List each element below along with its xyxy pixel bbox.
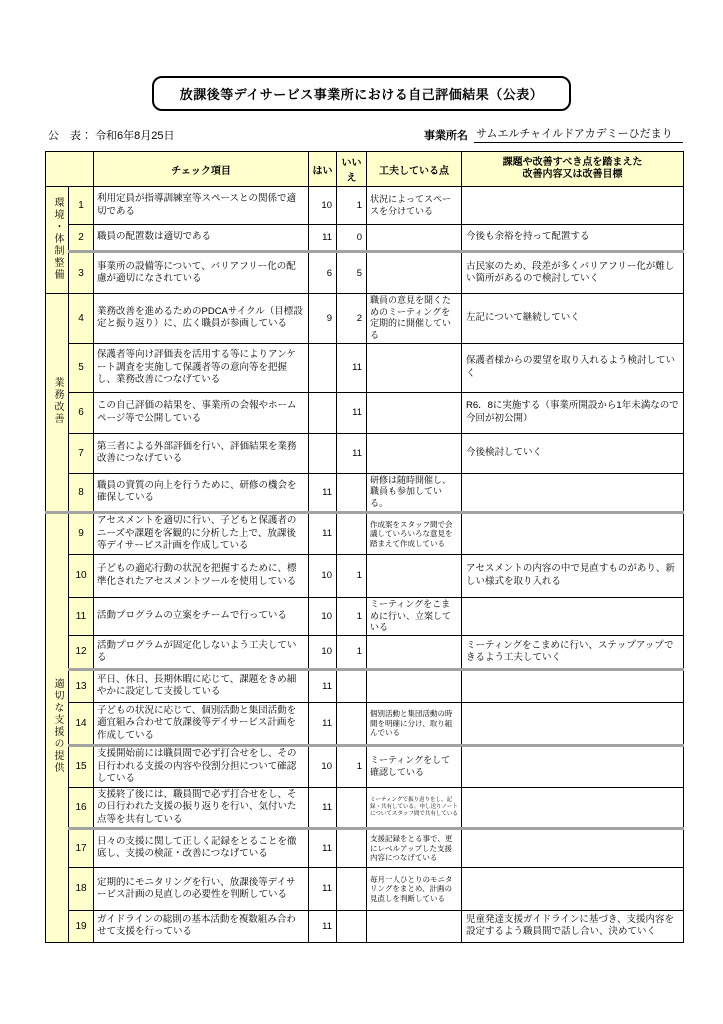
row-number-cell: 4: [69, 294, 94, 344]
no-count-cell: 0: [337, 225, 367, 252]
row-number-cell: 19: [69, 910, 94, 942]
table-row: 7第三者による外部評価を行い、評価結果を業務改善につなげている11今後検討してい…: [46, 433, 684, 473]
no-count-cell: [337, 669, 367, 702]
check-item-cell: 日々の支援に関して正しく記録をとることを徹底し、支援の検証・改善につなげている: [94, 828, 309, 867]
document-page: 放課後等デイサービス事業所における自己評価結果（公表） 公 表： 令和6年8月2…: [0, 0, 723, 1024]
yes-count-cell: 11: [309, 225, 337, 252]
header-yes: はい: [309, 152, 337, 187]
header-improvement-line1: 課題や改善すべき点を踏まえた: [464, 157, 681, 170]
no-count-cell: [337, 473, 367, 512]
yes-count-cell: 11: [309, 867, 337, 910]
devised-point-cell: [367, 433, 462, 473]
table-row: 6この自己評価の結果を、事業所の会報やホームページ等で公開している11R6．8に…: [46, 392, 684, 433]
row-number-cell: 10: [69, 554, 94, 597]
improvement-cell: 今後検討していく: [462, 433, 684, 473]
yes-count-cell: 11: [309, 512, 337, 554]
category-cell: 業務改善: [46, 294, 69, 513]
yes-count-cell: 11: [309, 669, 337, 702]
table-row: 3事業所の設備等について、バリアフリー化の配慮が適切になされている65古民家のた…: [46, 252, 684, 294]
no-count-cell: [337, 867, 367, 910]
check-item-cell: アセスメントを適切に行い、子どもと保護者のニーズや課題を客観的に分析した上で、放…: [94, 512, 309, 554]
yes-count-cell: [309, 433, 337, 473]
devised-point-cell: [367, 554, 462, 597]
improvement-cell: [462, 187, 684, 225]
check-item-cell: この自己評価の結果を、事業所の会報やホームページ等で公開している: [94, 392, 309, 433]
devised-point-cell: 状況によってスペースを分けている: [367, 187, 462, 225]
devised-point-cell: ミーティングをこまめに行い、立案している: [367, 597, 462, 635]
devised-point-cell: 職員の意見を聞くためのミーティングを定期的に開催している: [367, 294, 462, 344]
check-item-cell: 定期的にモニタリングを行い、放課後等デイサービス計画の見直しの必要性を判断してい…: [94, 867, 309, 910]
check-item-cell: 職員の資質の向上を行うために、研修の機会を確保している: [94, 473, 309, 512]
table-row: 2職員の配置数は適切である110今後も余裕を持って配置する: [46, 225, 684, 252]
check-item-cell: 活動プログラムの立案をチームで行っている: [94, 597, 309, 635]
check-item-cell: 子どもの適応行動の状況を把握するために、標準化されたアセスメントツールを使用して…: [94, 554, 309, 597]
evaluation-table: チェック項目 はい いいえ 工夫している点 課題や改善すべき点を踏まえた 改善内…: [45, 151, 684, 943]
no-count-cell: [337, 910, 367, 942]
no-count-cell: 1: [337, 745, 367, 787]
row-number-cell: 1: [69, 187, 94, 225]
category-cell: 環境・体制整備: [46, 187, 69, 294]
row-number-cell: 8: [69, 473, 94, 512]
no-count-cell: 1: [337, 187, 367, 225]
check-item-cell: 事業所の設備等について、バリアフリー化の配慮が適切になされている: [94, 252, 309, 294]
table-row: 18定期的にモニタリングを行い、放課後等デイサービス計画の見直しの必要性を判断し…: [46, 867, 684, 910]
row-number-cell: 11: [69, 597, 94, 635]
row-number-cell: 16: [69, 787, 94, 828]
no-count-cell: 11: [337, 433, 367, 473]
row-number-cell: 12: [69, 635, 94, 669]
improvement-cell: 古民家のため、段差が多くバリアフリー化が難しい箇所があるので検討していく: [462, 252, 684, 294]
yes-count-cell: 11: [309, 910, 337, 942]
table-row: 15支援開始前には職員間で必ず打合せをし、その日行われる支援の内容や役割分担につ…: [46, 745, 684, 787]
improvement-cell: [462, 597, 684, 635]
no-count-cell: [337, 787, 367, 828]
table-row: 5保護者等向け評価表を活用する等によりアンケート調査を実施して保護者等の意向等を…: [46, 343, 684, 392]
check-item-cell: 業務改善を進めるためのPDCAサイクル（目標設定と振り返り）に、広く職員が参画し…: [94, 294, 309, 344]
devised-point-cell: 研修は随時開催し、職員も参加している。: [367, 473, 462, 512]
devised-point-cell: ミーティングをして確認している: [367, 745, 462, 787]
row-number-cell: 17: [69, 828, 94, 867]
no-count-cell: 1: [337, 635, 367, 669]
table-row: 19ガイドラインの総則の基本活動を複数組み合わせて支援を行っている11児童発達支…: [46, 910, 684, 942]
check-item-cell: 子どもの状況に応じて、個別活動と集団活動を適宜組み合わせて放課後等デイサービス計…: [94, 702, 309, 745]
header-no: いいえ: [337, 152, 367, 187]
check-item-cell: 保護者等向け評価表を活用する等によりアンケート調査を実施して保護者等の意向等を把…: [94, 343, 309, 392]
category-cell: 適切な支援の提供: [46, 512, 69, 942]
no-count-cell: 11: [337, 343, 367, 392]
table-row: 17日々の支援に関して正しく記録をとることを徹底し、支援の検証・改善につなげてい…: [46, 828, 684, 867]
devised-point-cell: [367, 252, 462, 294]
table-row: 適切な支援の提供9アセスメントを適切に行い、子どもと保護者のニーズや課題を客観的…: [46, 512, 684, 554]
devised-point-cell: ミーティングで振り返りをし、記録・共有している。申し送りノートについてスタッフ間…: [367, 787, 462, 828]
devised-point-cell: [367, 343, 462, 392]
check-item-cell: 第三者による外部評価を行い、評価結果を業務改善につなげている: [94, 433, 309, 473]
devised-point-cell: 毎月一人ひとりのモニタリングをまとめ、計画の見直しを判断している: [367, 867, 462, 910]
title-box: 放課後等デイサービス事業所における自己評価結果（公表）: [152, 76, 572, 111]
check-item-cell: 支援終了後には、職員間で必ず打合せをし、その日行われた支援の振り返りを行い、気付…: [94, 787, 309, 828]
yes-count-cell: 9: [309, 294, 337, 344]
header-corner-cell: [46, 152, 94, 187]
improvement-cell: ミーティングをこまめに行い、ステップアップできるよう工夫していく: [462, 635, 684, 669]
improvement-cell: [462, 787, 684, 828]
check-item-cell: 平日、休日、長期休暇に応じて、課題をきめ細やかに設定して支援している: [94, 669, 309, 702]
yes-count-cell: 11: [309, 828, 337, 867]
table-row: 環境・体制整備1利用定員が指導訓練室等スペースとの関係で適切である101状況によ…: [46, 187, 684, 225]
office-name-label: 事業所名: [424, 127, 468, 143]
improvement-cell: 今後も余裕を持って配置する: [462, 225, 684, 252]
table-row: 8職員の資質の向上を行うために、研修の機会を確保している11研修は随時開催し、職…: [46, 473, 684, 512]
yes-count-cell: 6: [309, 252, 337, 294]
row-number-cell: 3: [69, 252, 94, 294]
row-number-cell: 5: [69, 343, 94, 392]
yes-count-cell: 10: [309, 745, 337, 787]
devised-point-cell: [367, 635, 462, 669]
row-number-cell: 6: [69, 392, 94, 433]
devised-point-cell: 個別活動と集団活動の時間を明確に分け、取り組んでいる: [367, 702, 462, 745]
yes-count-cell: [309, 343, 337, 392]
no-count-cell: 1: [337, 554, 367, 597]
yes-count-cell: [309, 392, 337, 433]
yes-count-cell: 10: [309, 635, 337, 669]
improvement-cell: R6．8に実施する（事業所開設から1年未満なので今回が初公開）: [462, 392, 684, 433]
no-count-cell: 1: [337, 597, 367, 635]
no-count-cell: [337, 512, 367, 554]
devised-point-cell: [367, 392, 462, 433]
devised-point-cell: 作成案をスタッフ間で会議していろいろな意見を踏まえて作成している: [367, 512, 462, 554]
table-header-row: チェック項目 はい いいえ 工夫している点 課題や改善すべき点を踏まえた 改善内…: [46, 152, 684, 187]
yes-count-cell: 11: [309, 787, 337, 828]
improvement-cell: 左記について継続していく: [462, 294, 684, 344]
no-count-cell: [337, 702, 367, 745]
check-item-cell: 支援開始前には職員間で必ず打合せをし、その日行われる支援の内容や役割分担について…: [94, 745, 309, 787]
no-count-cell: 11: [337, 392, 367, 433]
yes-count-cell: 10: [309, 187, 337, 225]
devised-point-cell: 支援記録をとる事で、更にレベルアップした支援内容につなげている: [367, 828, 462, 867]
publish-date: 令和6年8月25日: [95, 127, 174, 143]
table-row: 14子どもの状況に応じて、個別活動と集団活動を適宜組み合わせて放課後等デイサービ…: [46, 702, 684, 745]
row-number-cell: 13: [69, 669, 94, 702]
table-row: 業務改善4業務改善を進めるためのPDCAサイクル（目標設定と振り返り）に、広く職…: [46, 294, 684, 344]
row-number-cell: 7: [69, 433, 94, 473]
devised-point-cell: [367, 225, 462, 252]
yes-count-cell: 10: [309, 597, 337, 635]
office-name-line: 事業所名 サムエルチャイルドアカデミーひだまり: [424, 125, 683, 143]
improvement-cell: [462, 828, 684, 867]
row-number-cell: 2: [69, 225, 94, 252]
header-improvement: 課題や改善すべき点を踏まえた 改善内容又は改善目標: [462, 152, 684, 187]
improvement-cell: [462, 669, 684, 702]
table-row: 11活動プログラムの立案をチームで行っている101ミーティングをこまめに行い、立…: [46, 597, 684, 635]
check-item-cell: 活動プログラムが固定化しないよう工夫している: [94, 635, 309, 669]
header-check-item: チェック項目: [94, 152, 309, 187]
category-label: 業務改善: [52, 377, 62, 425]
table-row: 16支援終了後には、職員間で必ず打合せをし、その日行われた支援の振り返りを行い、…: [46, 787, 684, 828]
page-title: 放課後等デイサービス事業所における自己評価結果（公表）: [180, 87, 544, 102]
yes-count-cell: 11: [309, 473, 337, 512]
improvement-cell: [462, 512, 684, 554]
row-number-cell: 15: [69, 745, 94, 787]
office-name-value: サムエルチャイルドアカデミーひだまり: [474, 125, 683, 143]
improvement-cell: [462, 473, 684, 512]
header-devised-point: 工夫している点: [367, 152, 462, 187]
no-count-cell: 2: [337, 294, 367, 344]
improvement-cell: [462, 702, 684, 745]
check-item-cell: 利用定員が指導訓練室等スペースとの関係で適切である: [94, 187, 309, 225]
improvement-cell: 保護者様からの要望を取り入れるよう検討していく: [462, 343, 684, 392]
devised-point-cell: [367, 910, 462, 942]
category-label: 環境・体制整備: [52, 197, 62, 281]
row-number-cell: 14: [69, 702, 94, 745]
category-label: 適切な支援の提供: [52, 678, 62, 774]
publish-label: 公 表：: [48, 127, 92, 143]
table-row: 13平日、休日、長期休暇に応じて、課題をきめ細やかに設定して支援している11: [46, 669, 684, 702]
meta-row: 公 表： 令和6年8月25日 事業所名 サムエルチャイルドアカデミーひだまり: [48, 125, 683, 143]
improvement-cell: アセスメントの内容の中で見直すものがあり、新しい様式を取り入れる: [462, 554, 684, 597]
no-count-cell: [337, 828, 367, 867]
row-number-cell: 9: [69, 512, 94, 554]
publish-date-line: 公 表： 令和6年8月25日: [48, 127, 175, 143]
improvement-cell: [462, 867, 684, 910]
yes-count-cell: 11: [309, 702, 337, 745]
improvement-cell: [462, 745, 684, 787]
table-row: 10子どもの適応行動の状況を把握するために、標準化されたアセスメントツールを使用…: [46, 554, 684, 597]
row-number-cell: 18: [69, 867, 94, 910]
table-body: 環境・体制整備1利用定員が指導訓練室等スペースとの関係で適切である101状況によ…: [46, 187, 684, 943]
no-count-cell: 5: [337, 252, 367, 294]
header-improvement-line2: 改善内容又は改善目標: [464, 169, 681, 182]
improvement-cell: 児童発達支援ガイドラインに基づき、支援内容を設定するよう職員間で話し合い、決めて…: [462, 910, 684, 942]
table-row: 12活動プログラムが固定化しないよう工夫している101ミーティングをこまめに行い…: [46, 635, 684, 669]
yes-count-cell: 10: [309, 554, 337, 597]
check-item-cell: ガイドラインの総則の基本活動を複数組み合わせて支援を行っている: [94, 910, 309, 942]
devised-point-cell: [367, 669, 462, 702]
check-item-cell: 職員の配置数は適切である: [94, 225, 309, 252]
